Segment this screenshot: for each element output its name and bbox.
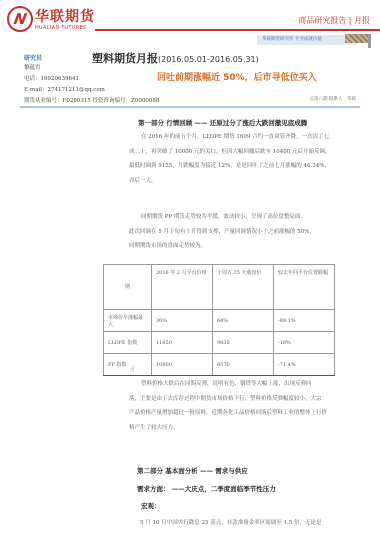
brand-name-cn: 华联期货 (35, 6, 95, 26)
section-1-paragraph-1: 在 2016 年的前五个月，LLDPE 期货 1609 合约一直双管齐降，一次次… (129, 130, 361, 188)
table-cell: -18% (274, 332, 335, 354)
author-license-ids: 期货从业编号：F0280315 投资咨询编号：Z0000088 (24, 96, 159, 104)
author-name: 黎蕴宥 (24, 63, 41, 71)
table-header-cell: 上周五 25 天收盘价 (213, 265, 274, 310)
header-divider (95, 29, 380, 31)
author-phone: 电话：19920639641 (24, 74, 79, 82)
table-cell: 11850 (152, 332, 213, 354)
table-cell: 9830 (213, 332, 274, 354)
title-divider (20, 106, 360, 108)
table-cell: 10800 (152, 354, 213, 376)
logo-letter: N (12, 10, 28, 28)
table-cell: PP 指数 (104, 354, 152, 376)
table-row: LLDPE 指数 11850 9830 -18% (104, 332, 335, 354)
table-note: 可 (130, 366, 135, 373)
table-header-cell: 期 (104, 265, 152, 310)
section-1-paragraph-3: 塑料价格大跌后在同期反弹，说明有色、钢铁等大幅上涨，出现反弹回 落，主要是由于去… (129, 377, 364, 435)
section-1-heading: 第一部分 行情回顾 —— 还原过分了涨后大跌回撤见底成腾 (138, 118, 307, 127)
table-cell: 30% (152, 310, 213, 332)
demand-heading: 需求方面： ——大庆点，二季度面临季节性压力 (137, 484, 276, 493)
table-cell: -71.4% (274, 354, 335, 376)
table-header-row: 期 2016 年 2 月平台价格 上周五 25 天收盘价 较去年同平台位置跌幅 (104, 265, 335, 310)
report-title-text: 塑料期货月报 (92, 52, 158, 65)
brand-name-en: HUALIAN FUTURES (35, 25, 86, 31)
banner-photo (345, 34, 368, 43)
table-header-cell: 较去年同平台位置跌幅 (274, 265, 335, 310)
table-cell: 市场价早涨幅最大 (104, 310, 152, 332)
macro-heading: 宏观： (141, 501, 161, 510)
table-header-cell: 2016 年 2 月平台价格 (152, 265, 213, 310)
issue-info: 总第八期 联系人：华联 (310, 96, 356, 102)
table-row: PP 指数 10800 8570 -71.4% (104, 354, 335, 376)
report-title: 塑料期货月报(2016.05.01-2016.05.31) (92, 50, 259, 66)
report-subtitle: 回吐前期涨幅近 50%，后市寻低位买入 (157, 70, 317, 83)
report-type-label: 商品研究报告 | 月报 (298, 15, 370, 26)
researcher-label: 研究员 (24, 53, 42, 62)
company-logo: N (7, 6, 33, 32)
scrollbar-thumb[interactable] (368, 34, 371, 48)
author-email[interactable]: E-mail：274171211@qq.com (24, 85, 105, 93)
report-date-range: (2016.05.01-2016.05.31) (158, 55, 259, 64)
macro-paragraph: 5 月 10 日中国央行降息 25 基点，存款准备金率区间调至 1.5 倍，无论… (140, 518, 321, 526)
table-cell: -89.1% (274, 310, 335, 332)
section-1-paragraph-2: 同期期货 PP 期货走势较为平缓，波动较小，呈现了高位盘整局面， 此次回调在 5… (129, 210, 361, 254)
slogan-text: 华联期货研究所 专业成就价值 (262, 36, 322, 42)
report-header: N 华联期货 HUALIAN FUTURES 商品研究报告 | 月报 (0, 0, 380, 40)
table-cell: 8570 (213, 354, 274, 376)
table-cell: LLDPE 指数 (104, 332, 152, 354)
table-cell: 64% (213, 310, 274, 332)
price-comparison-table: 期 2016 年 2 月平台价格 上周五 25 天收盘价 较去年同平台位置跌幅 … (103, 264, 335, 376)
table-row: 市场价早涨幅最大 30% 64% -89.1% (104, 310, 335, 332)
section-2-heading: 第二部分 基本面分析 —— 需求与供应 (137, 466, 248, 475)
